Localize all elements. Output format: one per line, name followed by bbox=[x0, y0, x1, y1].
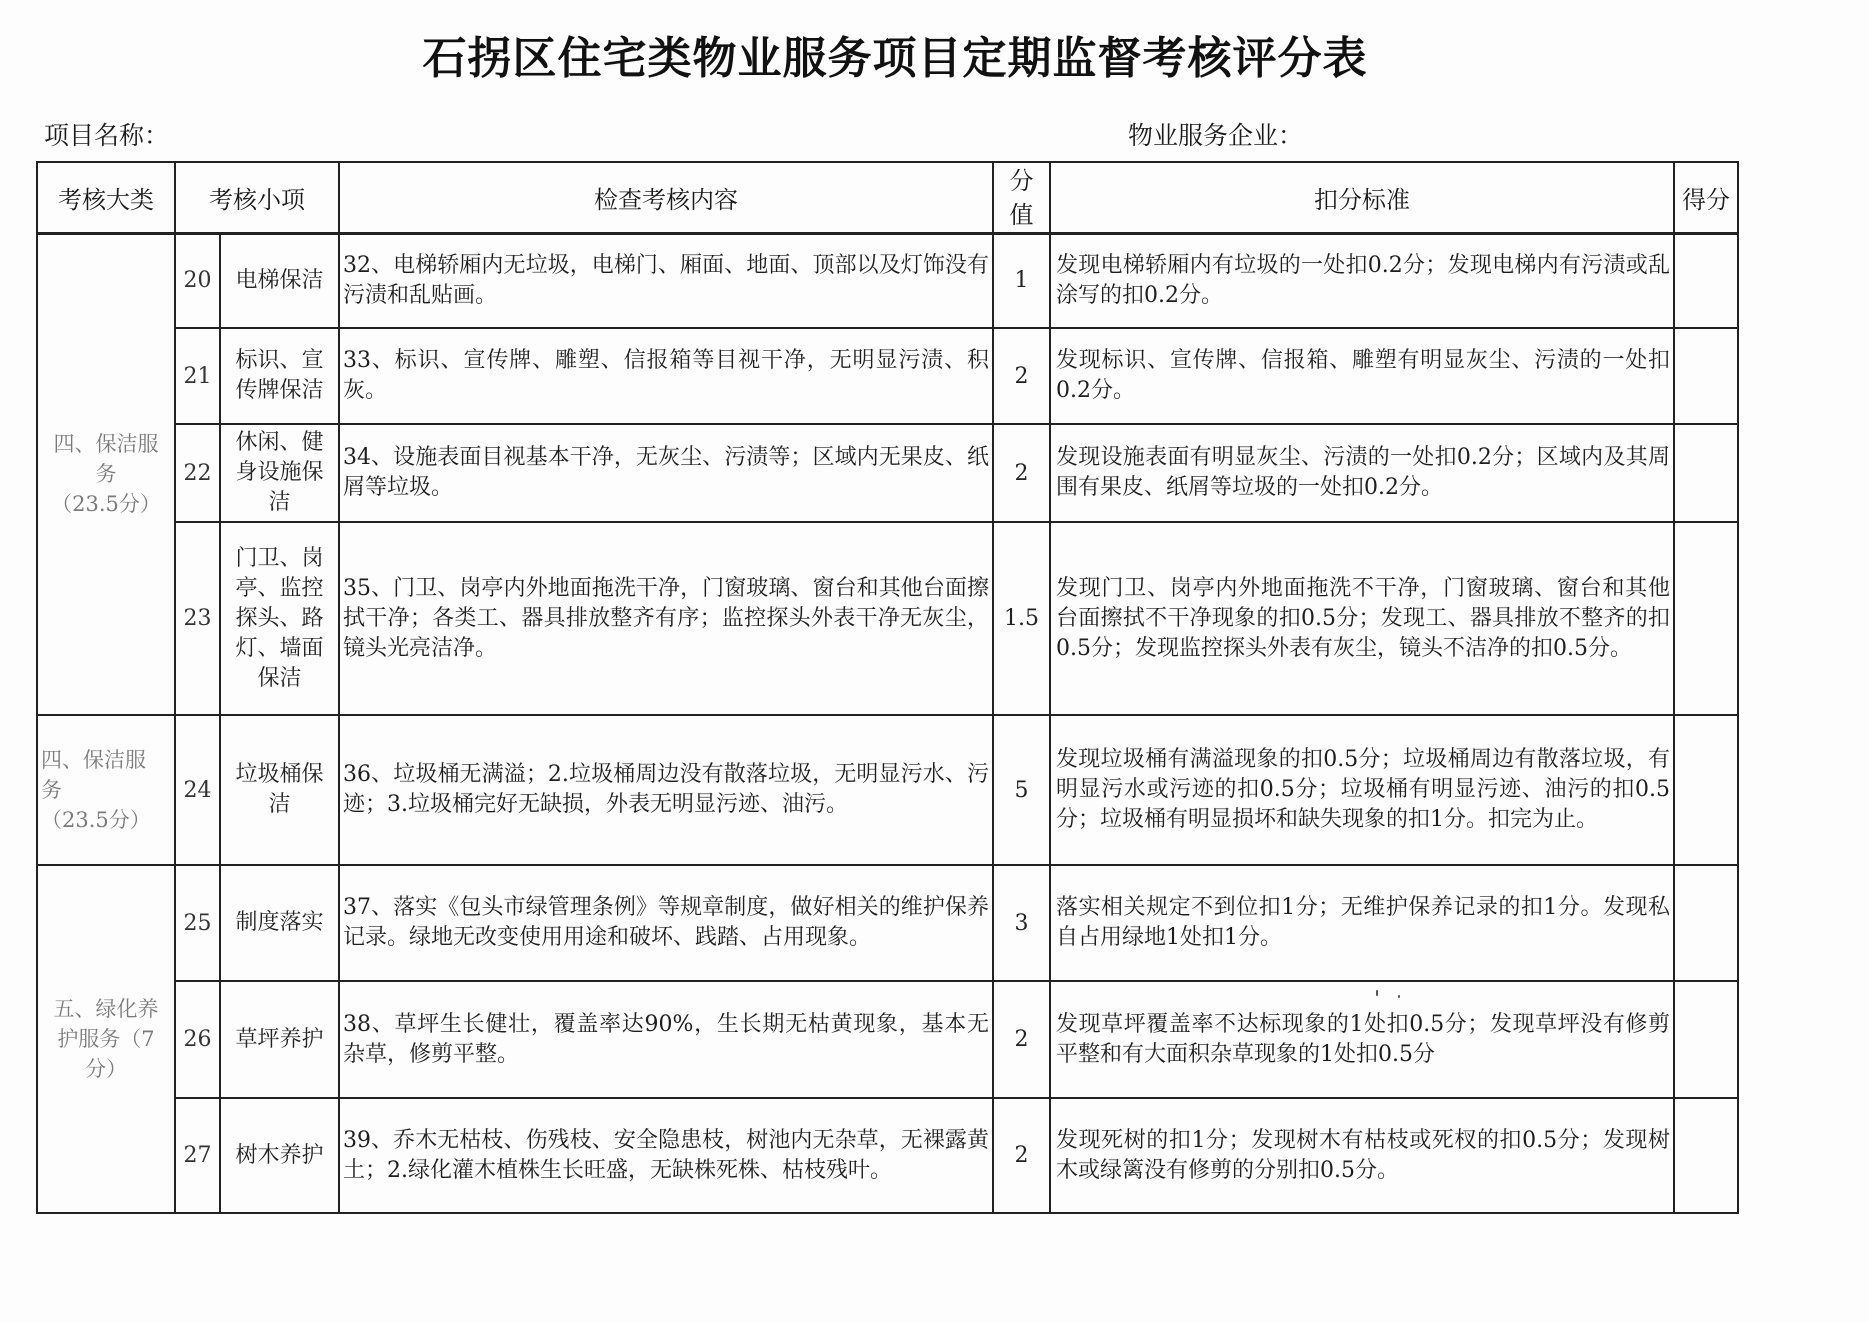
header-score-label-1: 分 bbox=[1010, 164, 1034, 198]
row-number: 21 bbox=[175, 328, 220, 424]
row-content: 32、电梯轿厢内无垃圾，电梯门、厢面、地面、顶部以及灯饰没有污渍和乱贴画。 bbox=[339, 233, 993, 328]
row-content: 37、落实《包头市绿管理条例》等规章制度，做好相关的维护保养记录。绿地无改变使用… bbox=[339, 865, 993, 981]
header-obtained-label: 得分 bbox=[1682, 180, 1730, 215]
row-score: 2 bbox=[993, 328, 1050, 424]
category-greening: 五、绿化养 护服务（7 分） bbox=[37, 865, 175, 1213]
category-line: 务 bbox=[41, 775, 151, 805]
row-number: 25 bbox=[175, 865, 220, 981]
category-cleaning-1: 四、保洁服 务 （23.5分） bbox=[37, 233, 175, 715]
row-score: 2 bbox=[993, 981, 1050, 1098]
header-divider bbox=[37, 232, 1739, 235]
row-deduction: 发现设施表面有明显灰尘、污渍的一处扣0.2分；区域内及其周围有果皮、纸屑等垃圾的… bbox=[1050, 424, 1674, 522]
header-deduction-label: 扣分标准 bbox=[1314, 180, 1410, 215]
header-category: 考核大类 bbox=[37, 162, 175, 233]
property-company-label: 物业服务企业： bbox=[1128, 116, 1303, 152]
row-obtained-score-field[interactable] bbox=[1674, 522, 1738, 715]
row-content: 34、设施表面目视基本干净，无灰尘、污渍等；区域内无果皮、纸屑等垃圾。 bbox=[339, 424, 993, 522]
table-border-bottom bbox=[37, 1212, 1739, 1214]
category-line: （23.5分） bbox=[41, 805, 151, 835]
column-divider bbox=[219, 233, 221, 1214]
header-score-label-2: 值 bbox=[1010, 198, 1034, 232]
table-border-right bbox=[1737, 161, 1739, 1214]
category-line: 四、保洁服 bbox=[41, 745, 151, 775]
row-obtained-score-field[interactable] bbox=[1674, 981, 1738, 1098]
row-score: 3 bbox=[993, 865, 1050, 981]
row-sub-item: 门卫、岗亭、监控探头、路灯、墙面保洁 bbox=[220, 522, 339, 715]
row-number: 27 bbox=[175, 1098, 220, 1213]
column-divider bbox=[1049, 161, 1051, 1214]
row-divider bbox=[37, 714, 1739, 716]
row-score: 2 bbox=[993, 424, 1050, 522]
row-sub-item: 休闲、健身设施保洁 bbox=[220, 424, 339, 522]
row-sub-item: 标识、宣传牌保洁 bbox=[220, 328, 339, 424]
category-line: 五、绿化养 bbox=[54, 994, 159, 1024]
table-border-left bbox=[36, 161, 38, 1214]
row-obtained-score-field[interactable] bbox=[1674, 328, 1738, 424]
row-deduction: 发现垃圾桶有满溢现象的扣0.5分；垃圾桶周边有散落垃圾，有明显污水或污迹的扣0.… bbox=[1050, 715, 1674, 865]
row-sub-item: 垃圾桶保洁 bbox=[220, 715, 339, 865]
row-number: 23 bbox=[175, 522, 220, 715]
category-line: 分） bbox=[54, 1054, 159, 1084]
row-divider bbox=[175, 521, 1739, 523]
row-obtained-score-field[interactable] bbox=[1674, 865, 1738, 981]
row-deduction: 发现门卫、岗亭内外地面拖洗不干净，门窗玻璃、窗台和其他台面擦拭不干净现象的扣0.… bbox=[1050, 522, 1674, 715]
row-content: 36、垃圾桶无满溢；2.垃圾桶周边没有散落垃圾，无明显污水、污迹；3.垃圾桶完好… bbox=[339, 715, 993, 865]
column-divider bbox=[992, 161, 994, 1214]
row-score: 2 bbox=[993, 1098, 1050, 1213]
category-line: 四、保洁服 bbox=[51, 429, 161, 459]
row-sub-item: 电梯保洁 bbox=[220, 233, 339, 328]
header-content: 检查考核内容 bbox=[339, 162, 993, 233]
header-content-label: 检查考核内容 bbox=[594, 180, 738, 215]
scan-speck bbox=[1398, 995, 1400, 998]
category-line: 务 bbox=[51, 459, 161, 489]
header-score: 分 值 bbox=[993, 162, 1050, 233]
category-cleaning-2: 四、保洁服 务 （23.5分） bbox=[37, 715, 175, 865]
row-content: 39、乔木无枯枝、伤残枝、安全隐患枝，树池内无杂草，无裸露黄土；2.绿化灌木植株… bbox=[339, 1098, 993, 1213]
row-sub-item: 树木养护 bbox=[220, 1098, 339, 1213]
row-number: 26 bbox=[175, 981, 220, 1098]
row-deduction: 发现死树的扣1分；发现树木有枯枝或死杈的扣0.5分；发现树木或绿篱没有修剪的分别… bbox=[1050, 1098, 1674, 1213]
row-deduction: 发现标识、宣传牌、信报箱、雕塑有明显灰尘、污渍的一处扣0.2分。 bbox=[1050, 328, 1674, 424]
scan-speck bbox=[1376, 990, 1378, 996]
header-sub-item: 考核小项 bbox=[175, 162, 339, 233]
row-divider bbox=[175, 980, 1739, 982]
row-sub-item: 草坪养护 bbox=[220, 981, 339, 1098]
column-divider bbox=[338, 161, 340, 1214]
row-content: 38、草坪生长健壮，覆盖率达90%，生长期无枯黄现象，基本无杂草，修剪平整。 bbox=[339, 981, 993, 1098]
row-divider bbox=[175, 423, 1739, 425]
row-number: 22 bbox=[175, 424, 220, 522]
header-sub-item-label: 考核小项 bbox=[209, 180, 305, 215]
row-obtained-score-field[interactable] bbox=[1674, 424, 1738, 522]
row-divider bbox=[37, 864, 1739, 866]
row-content: 35、门卫、岗亭内外地面拖洗干净，门窗玻璃、窗台和其他台面擦拭干净；各类工、器具… bbox=[339, 522, 993, 715]
header-category-label: 考核大类 bbox=[58, 180, 154, 215]
category-line: （23.5分） bbox=[51, 489, 161, 519]
row-number: 20 bbox=[175, 233, 220, 328]
column-divider bbox=[1673, 161, 1675, 1214]
row-obtained-score-field[interactable] bbox=[1674, 715, 1738, 865]
row-deduction: 发现草坪覆盖率不达标现象的1处扣0.5分；发现草坪没有修剪平整和有大面积杂草现象… bbox=[1050, 981, 1674, 1098]
row-deduction: 落实相关规定不到位扣1分；无维护保养记录的扣1分。发现私自占用绿地1处扣1分。 bbox=[1050, 865, 1674, 981]
row-obtained-score-field[interactable] bbox=[1674, 1098, 1738, 1213]
row-obtained-score-field[interactable] bbox=[1674, 233, 1738, 328]
column-divider bbox=[174, 161, 176, 1214]
row-content: 33、标识、宣传牌、雕塑、信报箱等目视干净，无明显污渍、积灰。 bbox=[339, 328, 993, 424]
row-divider bbox=[175, 1097, 1739, 1099]
row-score: 1 bbox=[993, 233, 1050, 328]
row-score: 5 bbox=[993, 715, 1050, 865]
row-divider bbox=[175, 327, 1739, 329]
row-deduction: 发现电梯轿厢内有垃圾的一处扣0.2分；发现电梯内有污渍或乱涂写的扣0.2分。 bbox=[1050, 233, 1674, 328]
row-number: 24 bbox=[175, 715, 220, 865]
table-border-top bbox=[37, 161, 1739, 163]
document-title: 石拐区住宅类物业服务项目定期监督考核评分表 bbox=[0, 22, 1790, 86]
row-score: 1.5 bbox=[993, 522, 1050, 715]
category-line: 护服务（7 bbox=[54, 1024, 159, 1054]
project-name-label: 项目名称： bbox=[44, 116, 169, 152]
row-sub-item: 制度落实 bbox=[220, 865, 339, 981]
header-deduction: 扣分标准 bbox=[1050, 162, 1674, 233]
header-obtained: 得分 bbox=[1674, 162, 1738, 233]
